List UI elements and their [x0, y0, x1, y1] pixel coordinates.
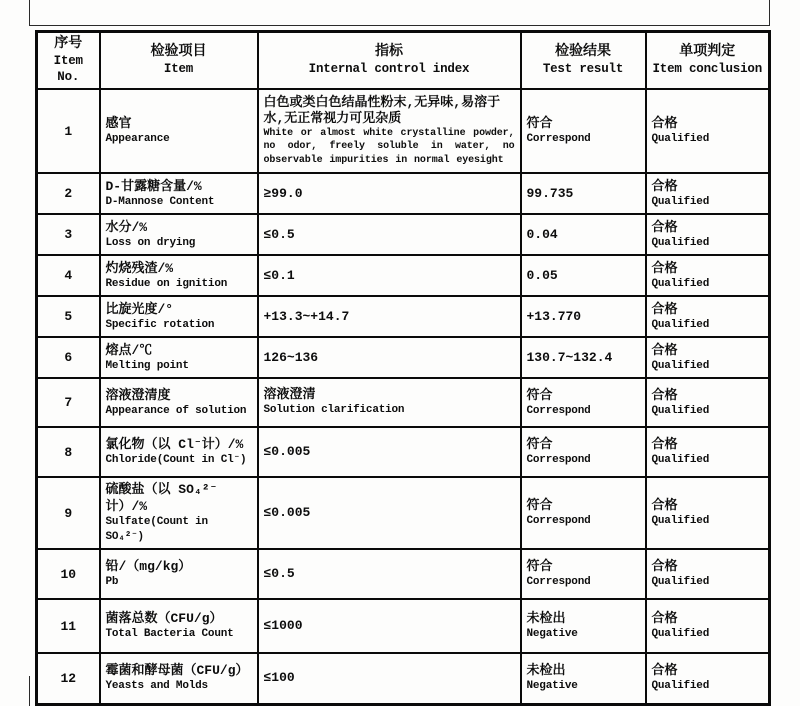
- item-name-zh: D-甘露糖含量/%: [106, 178, 252, 195]
- conclusion-cell: 合格 Qualified: [646, 296, 770, 337]
- result-cell: 99.735: [521, 173, 646, 214]
- conclusion-cell: 合格 Qualified: [646, 255, 770, 296]
- item-no-cell: 9: [37, 477, 100, 549]
- item-cell: 灼烧残渣/% Residue on ignition: [100, 255, 258, 296]
- conclusion-en: Qualified: [652, 453, 764, 468]
- index-zh: ≤0.5: [264, 227, 515, 243]
- item-no-cell: 6: [37, 337, 100, 378]
- item-no-cell: 4: [37, 255, 100, 296]
- table-row: 6 熔点/℃ Melting point 126~136 130.7~132.4…: [37, 337, 770, 378]
- outer-frame-line: [29, 0, 30, 26]
- table-row: 4 灼烧残渣/% Residue on ignition ≤0.1 0.05 合…: [37, 255, 770, 296]
- index-cell: ≤0.005: [258, 477, 521, 549]
- result-cell: 未检出 Negative: [521, 599, 646, 653]
- index-en: White or almost white crystalline powder…: [264, 127, 515, 168]
- conclusion-en: Qualified: [652, 627, 764, 642]
- item-no-cell: 5: [37, 296, 100, 337]
- item-no: 3: [64, 227, 72, 242]
- item-name-zh: 溶液澄清度: [106, 387, 252, 404]
- conclusion-cell: 合格 Qualified: [646, 599, 770, 653]
- item-name-zh: 感官: [106, 115, 252, 132]
- conclusion-cell: 合格 Qualified: [646, 378, 770, 427]
- item-no: 12: [60, 671, 76, 686]
- item-no: 11: [60, 619, 76, 634]
- table-row: 12 霉菌和酵母菌（CFU/g） Yeasts and Molds ≤100 未…: [37, 653, 770, 704]
- conclusion-en: Qualified: [652, 236, 764, 251]
- result-en: Correspond: [527, 514, 640, 529]
- header-result-en: Test result: [527, 61, 640, 77]
- item-name-en: Melting point: [106, 359, 252, 374]
- header-item-no: 序号 Item No.: [37, 32, 100, 90]
- index-zh: ≥99.0: [264, 186, 515, 202]
- index-zh: ≤0.005: [264, 444, 515, 460]
- item-name-zh: 水分/%: [106, 219, 252, 236]
- index-zh: ≤0.5: [264, 566, 515, 582]
- conclusion-cell: 合格 Qualified: [646, 427, 770, 477]
- result-zh: 符合: [527, 497, 640, 514]
- result-en: Correspond: [527, 404, 640, 419]
- item-name-en: Residue on ignition: [106, 277, 252, 292]
- header-conclusion: 单项判定 Item conclusion: [646, 32, 770, 90]
- item-no: 8: [64, 445, 72, 460]
- result-en: Negative: [527, 679, 640, 694]
- item-name-en: Yeasts and Molds: [106, 679, 252, 694]
- item-no-cell: 7: [37, 378, 100, 427]
- item-cell: 氯化物（以 Cl⁻计）/% Chloride(Count in Cl⁻): [100, 427, 258, 477]
- conclusion-en: Qualified: [652, 679, 764, 694]
- conclusion-en: Qualified: [652, 277, 764, 292]
- item-cell: 熔点/℃ Melting point: [100, 337, 258, 378]
- index-cell: ≤0.5: [258, 214, 521, 255]
- conclusion-zh: 合格: [652, 497, 764, 514]
- table-row: 5 比旋光度/° Specific rotation +13.3~+14.7 +…: [37, 296, 770, 337]
- scanned-coa-page: { "table": { "headers": [ { "zh": "序号", …: [0, 0, 800, 706]
- header-item-zh: 检验项目: [106, 44, 252, 61]
- result-zh: +13.770: [527, 308, 640, 325]
- conclusion-cell: 合格 Qualified: [646, 477, 770, 549]
- conclusion-en: Qualified: [652, 318, 764, 333]
- index-zh: ≤1000: [264, 618, 515, 634]
- conclusion-en: Qualified: [652, 195, 764, 210]
- result-cell: 符合 Correspond: [521, 477, 646, 549]
- conclusion-zh: 合格: [652, 436, 764, 453]
- header-index-en: Internal control index: [264, 61, 515, 77]
- index-cell: 白色或类白色结晶性粉末,无异味,易溶于水,无正常视力可见杂质 White or …: [258, 89, 521, 173]
- result-cell: 0.05: [521, 255, 646, 296]
- item-no-cell: 2: [37, 173, 100, 214]
- index-zh: 白色或类白色结晶性粉末,无异味,易溶于水,无正常视力可见杂质: [264, 95, 515, 127]
- item-name-zh: 氯化物（以 Cl⁻计）/%: [106, 436, 252, 453]
- item-no: 9: [64, 506, 72, 521]
- index-cell: ≤0.1: [258, 255, 521, 296]
- conclusion-zh: 合格: [652, 301, 764, 318]
- conclusion-zh: 合格: [652, 219, 764, 236]
- item-no: 5: [64, 309, 72, 324]
- conclusion-zh: 合格: [652, 260, 764, 277]
- result-zh: 符合: [527, 115, 640, 132]
- item-name-en: Appearance of solution: [106, 404, 252, 419]
- outer-frame-line: [769, 0, 770, 26]
- header-item-no-en: Item No.: [43, 53, 94, 85]
- result-cell: 符合 Correspond: [521, 549, 646, 599]
- item-name-en: D-Mannose Content: [106, 195, 252, 210]
- item-name-zh: 铅/（mg/kg）: [106, 558, 252, 575]
- table-row: 1 感官 Appearance 白色或类白色结晶性粉末,无异味,易溶于水,无正常…: [37, 89, 770, 173]
- result-zh: 未检出: [527, 662, 640, 679]
- conclusion-cell: 合格 Qualified: [646, 89, 770, 173]
- item-name-en: Pb: [106, 575, 252, 590]
- conclusion-cell: 合格 Qualified: [646, 653, 770, 704]
- result-zh: 符合: [527, 387, 640, 404]
- index-cell: +13.3~+14.7: [258, 296, 521, 337]
- item-name-zh: 灼烧残渣/%: [106, 260, 252, 277]
- item-name-en: Chloride(Count in Cl⁻): [106, 453, 252, 468]
- item-name-zh: 硫酸盐（以 SO₄²⁻计）/%: [106, 481, 252, 515]
- item-no-cell: 11: [37, 599, 100, 653]
- item-cell: 霉菌和酵母菌（CFU/g） Yeasts and Molds: [100, 653, 258, 704]
- index-cell: ≤100: [258, 653, 521, 704]
- outer-frame-line: [29, 25, 770, 26]
- conclusion-zh: 合格: [652, 115, 764, 132]
- conclusion-cell: 合格 Qualified: [646, 549, 770, 599]
- index-cell: 溶液澄清 Solution clarification: [258, 378, 521, 427]
- table-row: 3 水分/% Loss on drying ≤0.5 0.04 合格 Quali…: [37, 214, 770, 255]
- index-cell: ≥99.0: [258, 173, 521, 214]
- item-cell: 铅/（mg/kg） Pb: [100, 549, 258, 599]
- item-cell: 感官 Appearance: [100, 89, 258, 173]
- result-cell: 符合 Correspond: [521, 427, 646, 477]
- table-row: 2 D-甘露糖含量/% D-Mannose Content ≥99.0 99.7…: [37, 173, 770, 214]
- inspection-table: 序号 Item No. 检验项目 Item 指标 Internal contro…: [35, 30, 771, 706]
- result-cell: 符合 Correspond: [521, 89, 646, 173]
- header-item: 检验项目 Item: [100, 32, 258, 90]
- table-body: 1 感官 Appearance 白色或类白色结晶性粉末,无异味,易溶于水,无正常…: [37, 89, 770, 704]
- result-zh: 130.7~132.4: [527, 349, 640, 366]
- result-cell: +13.770: [521, 296, 646, 337]
- item-name-zh: 熔点/℃: [106, 342, 252, 359]
- header-index-zh: 指标: [264, 44, 515, 61]
- header-item-no-zh: 序号: [43, 36, 94, 53]
- item-no: 1: [64, 124, 72, 139]
- conclusion-zh: 合格: [652, 558, 764, 575]
- item-no-cell: 12: [37, 653, 100, 704]
- item-cell: D-甘露糖含量/% D-Mannose Content: [100, 173, 258, 214]
- result-cell: 符合 Correspond: [521, 378, 646, 427]
- item-no-cell: 8: [37, 427, 100, 477]
- conclusion-zh: 合格: [652, 342, 764, 359]
- table-row: 7 溶液澄清度 Appearance of solution 溶液澄清 Solu…: [37, 378, 770, 427]
- item-cell: 水分/% Loss on drying: [100, 214, 258, 255]
- conclusion-cell: 合格 Qualified: [646, 173, 770, 214]
- item-name-en: Appearance: [106, 132, 252, 147]
- item-no-cell: 10: [37, 549, 100, 599]
- item-no-cell: 1: [37, 89, 100, 173]
- header-conclusion-zh: 单项判定: [652, 44, 764, 61]
- result-en: Correspond: [527, 575, 640, 590]
- conclusion-zh: 合格: [652, 387, 764, 404]
- index-cell: ≤0.5: [258, 549, 521, 599]
- conclusion-zh: 合格: [652, 610, 764, 627]
- header-row: 序号 Item No. 检验项目 Item 指标 Internal contro…: [37, 32, 770, 90]
- index-cell: 126~136: [258, 337, 521, 378]
- index-zh: ≤0.005: [264, 505, 515, 521]
- conclusion-en: Qualified: [652, 514, 764, 529]
- item-name-en: Total Bacteria Count: [106, 627, 252, 642]
- header-result: 检验结果 Test result: [521, 32, 646, 90]
- item-cell: 比旋光度/° Specific rotation: [100, 296, 258, 337]
- index-cell: ≤1000: [258, 599, 521, 653]
- result-zh: 未检出: [527, 610, 640, 627]
- result-cell: 未检出 Negative: [521, 653, 646, 704]
- result-cell: 0.04: [521, 214, 646, 255]
- conclusion-zh: 合格: [652, 178, 764, 195]
- item-name-en: Loss on drying: [106, 236, 252, 251]
- item-no: 10: [60, 567, 76, 582]
- item-no: 6: [64, 350, 72, 365]
- item-name-zh: 菌落总数（CFU/g）: [106, 610, 252, 627]
- item-cell: 硫酸盐（以 SO₄²⁻计）/% Sulfate(Count in SO₄²⁻): [100, 477, 258, 549]
- header-index: 指标 Internal control index: [258, 32, 521, 90]
- header-conclusion-en: Item conclusion: [652, 61, 764, 77]
- item-name-zh: 比旋光度/°: [106, 301, 252, 318]
- outer-frame-line: [29, 676, 30, 706]
- conclusion-en: Qualified: [652, 404, 764, 419]
- table-header: 序号 Item No. 检验项目 Item 指标 Internal contro…: [37, 32, 770, 90]
- item-no: 7: [64, 395, 72, 410]
- result-zh: 99.735: [527, 185, 640, 202]
- header-item-en: Item: [106, 61, 252, 77]
- conclusion-zh: 合格: [652, 662, 764, 679]
- item-cell: 溶液澄清度 Appearance of solution: [100, 378, 258, 427]
- result-en: Correspond: [527, 132, 640, 147]
- conclusion-en: Qualified: [652, 575, 764, 590]
- item-no: 2: [64, 186, 72, 201]
- result-en: Negative: [527, 627, 640, 642]
- index-zh: ≤0.1: [264, 268, 515, 284]
- table-row: 8 氯化物（以 Cl⁻计）/% Chloride(Count in Cl⁻) ≤…: [37, 427, 770, 477]
- table-row: 11 菌落总数（CFU/g） Total Bacteria Count ≤100…: [37, 599, 770, 653]
- item-name-zh: 霉菌和酵母菌（CFU/g）: [106, 662, 252, 679]
- result-en: Correspond: [527, 453, 640, 468]
- item-no-cell: 3: [37, 214, 100, 255]
- conclusion-en: Qualified: [652, 359, 764, 374]
- conclusion-en: Qualified: [652, 132, 764, 147]
- result-zh: 符合: [527, 558, 640, 575]
- result-zh: 0.05: [527, 267, 640, 284]
- index-zh: 126~136: [264, 350, 515, 366]
- item-name-en: Sulfate(Count in SO₄²⁻): [106, 515, 252, 545]
- index-zh: ≤100: [264, 670, 515, 686]
- conclusion-cell: 合格 Qualified: [646, 337, 770, 378]
- table-row: 9 硫酸盐（以 SO₄²⁻计）/% Sulfate(Count in SO₄²⁻…: [37, 477, 770, 549]
- result-cell: 130.7~132.4: [521, 337, 646, 378]
- item-cell: 菌落总数（CFU/g） Total Bacteria Count: [100, 599, 258, 653]
- header-result-zh: 检验结果: [527, 44, 640, 61]
- conclusion-cell: 合格 Qualified: [646, 214, 770, 255]
- index-zh: 溶液澄清: [264, 387, 515, 403]
- item-name-en: Specific rotation: [106, 318, 252, 333]
- table-row: 10 铅/（mg/kg） Pb ≤0.5 符合 Correspond 合格 Qu…: [37, 549, 770, 599]
- item-no: 4: [64, 268, 72, 283]
- result-zh: 符合: [527, 436, 640, 453]
- index-en: Solution clarification: [264, 403, 515, 418]
- index-zh: +13.3~+14.7: [264, 309, 515, 325]
- result-zh: 0.04: [527, 226, 640, 243]
- index-cell: ≤0.005: [258, 427, 521, 477]
